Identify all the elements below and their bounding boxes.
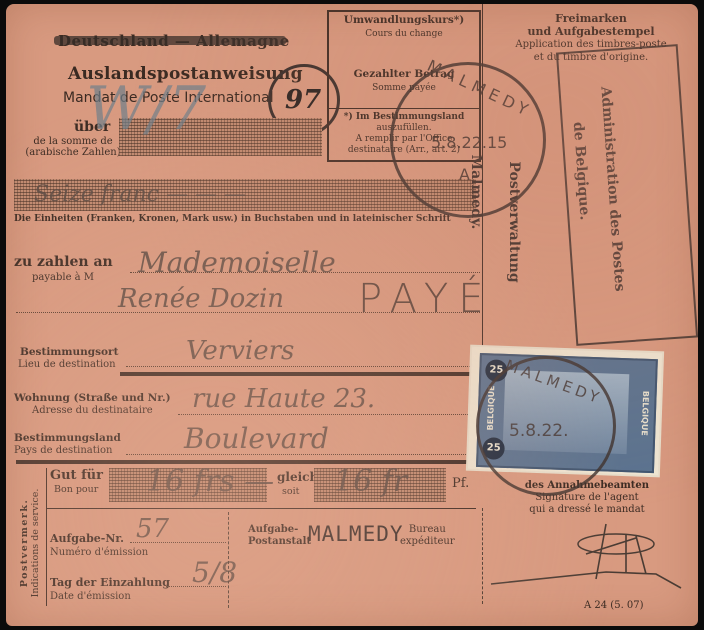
equal-handwriting: 16 fr (334, 464, 407, 499)
signature-divider (482, 508, 483, 604)
country-label-de: Bestimmungsland (14, 432, 121, 444)
payee-handwriting-1: Mademoiselle (138, 246, 336, 279)
equal-label-de: gleich (277, 470, 318, 484)
office-label-fr: Bureauexpéditeur (400, 524, 455, 548)
administration-box-stamp: Administration des Postes de Belgique. (556, 44, 698, 346)
deposit-date-handwriting: 5/8 (192, 556, 237, 589)
address-label-fr: Adresse du destinataire (32, 405, 153, 416)
malmedy-vertical-stamp: Malmedy. (456, 74, 490, 314)
amount-words-handwriting: Seize franc — — — (34, 182, 246, 207)
destination-label-de: Bestimmungsort (20, 346, 118, 358)
issue-no-label-de: Aufgabe-Nr. (50, 532, 124, 545)
postverwaltung-stamp: Postverwaltung (494, 104, 528, 344)
good-for-handwriting: 16 frs — (146, 464, 274, 499)
equal-label-fr: soit (282, 486, 299, 497)
address-handwriting: rue Haute 23. (192, 384, 375, 414)
form-code: A 24 (5. 07) (584, 600, 644, 611)
destination-handwriting: Verviers (186, 336, 294, 366)
deposit-date-label-fr: Date d'émission (50, 591, 131, 602)
service-divider (46, 468, 47, 606)
good-for-rule (46, 508, 476, 509)
payee-label-fr: payable à M (32, 272, 94, 283)
pf-label: Pf. (452, 476, 469, 491)
stamp-country-right: BELGIQUE (639, 368, 651, 458)
good-for-label-fr: Bon pour (54, 484, 98, 495)
service-notes-column: Postvermerk. Indications de service. (12, 470, 46, 616)
initials-handwriting: W/7 (86, 74, 206, 144)
malmedy-office-stamp: MALMEDY (308, 522, 404, 546)
address-line (178, 414, 480, 415)
destination-label-fr: Lieu de destination (18, 359, 116, 370)
issue-no-handwriting: 57 (136, 514, 169, 544)
issue-no-label-fr: Numéro d'émission (50, 547, 148, 558)
destination-line (126, 366, 480, 367)
office-label-de: Aufgabe-Postanstalt (248, 524, 311, 548)
stamp-cancellation-postmark: MALMEDY 5.8.22. (476, 356, 616, 496)
units-instruction: Die Einheiten (Franken, Kronen, Mark usw… (14, 214, 451, 224)
struck-country-header: Deutschland — Allemagne (58, 32, 290, 50)
payee-handwriting-2: Renée Dozin (118, 284, 284, 314)
payee-label-de: zu zahlen an (14, 254, 113, 270)
country-label-fr: Pays de destination (14, 445, 112, 456)
country-handwriting: Boulevard (184, 422, 329, 455)
money-order-form: Deutschland — Allemagne Auslandspostanwe… (6, 4, 698, 626)
destination-rule (120, 372, 472, 376)
good-for-label-de: Gut für (50, 468, 103, 483)
issue-divider (228, 512, 229, 608)
agent-signature-scrawl (486, 514, 696, 594)
deposit-date-label-de: Tag der Einzahlung (50, 576, 170, 589)
address-label-de: Wohnung (Straße und Nr.) (14, 392, 171, 404)
